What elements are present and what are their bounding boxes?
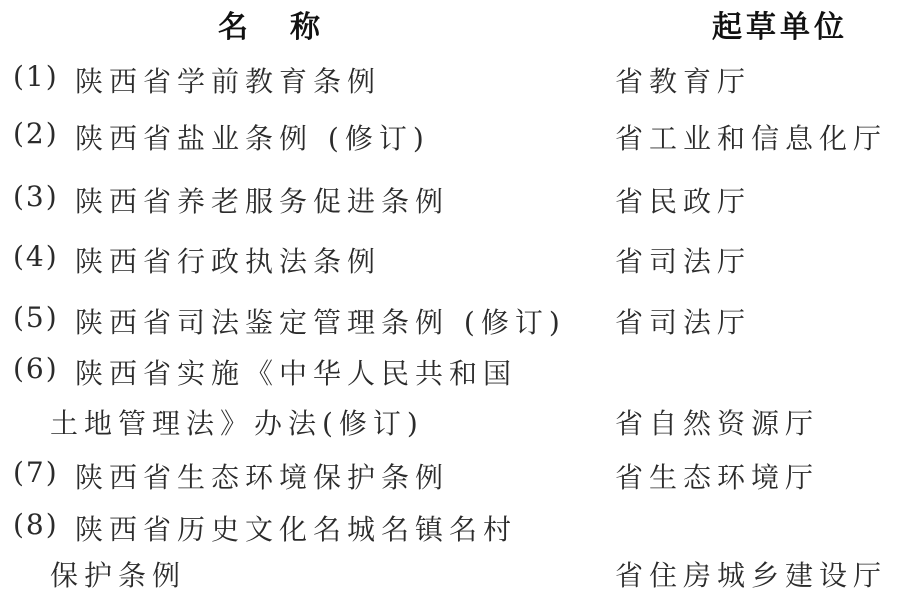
item-number: (8) [13,508,59,541]
regulation-name: 陕西省实施《中华人民共和国 [75,352,517,392]
drafting-unit: 省工业和信息化厅 [615,117,887,157]
table-header-row: 名 称 起草单位 [0,2,900,40]
item-number: (2) [13,117,59,150]
regulation-name-continued: 土地管理法》办法(修订) [50,402,424,442]
drafting-unit: 省教育厅 [615,60,751,100]
list-item-5: (5) 陕西省司法鉴定管理条例 (修订) 省司法厅 [0,301,900,341]
regulation-name: 陕西省学前教育条例 [75,60,381,100]
list-item-2: (2) 陕西省盐业条例 (修订) 省工业和信息化厅 [0,117,900,157]
list-item-1: (1) 陕西省学前教育条例 省教育厅 [0,60,900,100]
item-number: (4) [13,240,59,273]
item-number: (3) [13,180,59,213]
drafting-unit: 省司法厅 [615,240,751,280]
list-item-8-line-2: 保护条例 省住房城乡建设厅 [0,554,900,594]
drafting-unit: 省自然资源厅 [615,402,819,442]
item-number: (1) [13,60,59,93]
list-item-8-line-1: (8) 陕西省历史文化名城名镇名村 [0,508,900,548]
drafting-unit: 省生态环境厅 [615,456,819,496]
document-page: 名 称 起草单位 (1) 陕西省学前教育条例 省教育厅 (2) 陕西省盐业条例 … [0,0,900,610]
regulation-name: 陕西省司法鉴定管理条例 (修订) [75,301,566,341]
drafting-unit: 省住房城乡建设厅 [615,554,887,594]
item-number: (5) [13,301,59,334]
name-column-header: 名 称 [218,2,326,46]
unit-column-header: 起草单位 [712,2,848,46]
list-item-3: (3) 陕西省养老服务促进条例 省民政厅 [0,180,900,220]
item-number: (7) [13,456,59,489]
regulation-name: 陕西省行政执法条例 [75,240,381,280]
regulation-name: 陕西省盐业条例 (修订) [75,117,430,157]
regulation-name-continued: 保护条例 [50,554,186,594]
item-number: (6) [13,352,59,385]
list-item-6-line-2: 土地管理法》办法(修订) 省自然资源厅 [0,402,900,442]
drafting-unit: 省民政厅 [615,180,751,220]
list-item-7: (7) 陕西省生态环境保护条例 省生态环境厅 [0,456,900,496]
drafting-unit: 省司法厅 [615,301,751,341]
list-item-4: (4) 陕西省行政执法条例 省司法厅 [0,240,900,280]
regulation-name: 陕西省生态环境保护条例 [75,456,449,496]
regulation-name: 陕西省养老服务促进条例 [75,180,449,220]
regulation-name: 陕西省历史文化名城名镇名村 [75,508,517,548]
list-item-6-line-1: (6) 陕西省实施《中华人民共和国 [0,352,900,392]
